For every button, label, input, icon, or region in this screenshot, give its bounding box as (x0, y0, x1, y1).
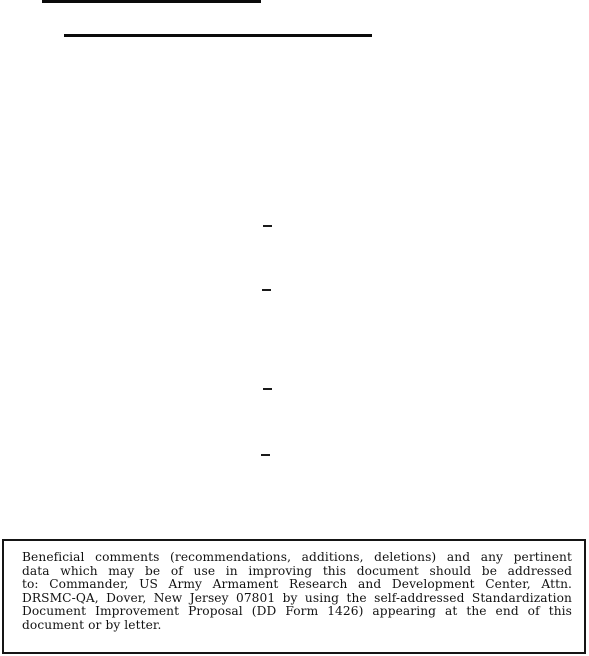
notice-line-5: Document Improvement Proposal (DD Form 1… (22, 605, 572, 619)
header-rule-top (42, 0, 261, 3)
header-rule-second (64, 34, 372, 37)
comments-notice-box: Beneficial comments (recommendations, ad… (2, 539, 586, 654)
dash-mark-2 (262, 289, 271, 291)
notice-line-2: data which may be of use in improving th… (22, 565, 572, 579)
comments-notice-text: Beneficial comments (recommendations, ad… (22, 551, 572, 633)
notice-line-6: document or by letter. (22, 619, 572, 633)
dash-mark-4 (261, 454, 270, 456)
notice-line-1: Beneficial comments (recommendations, ad… (22, 551, 572, 565)
dash-mark-3 (263, 388, 272, 390)
dash-mark-1 (263, 225, 272, 227)
notice-line-3: to: Commander, US Army Armament Research… (22, 578, 572, 592)
notice-line-4: DRSMC-QA, Dover, New Jersey 07801 by usi… (22, 592, 572, 606)
